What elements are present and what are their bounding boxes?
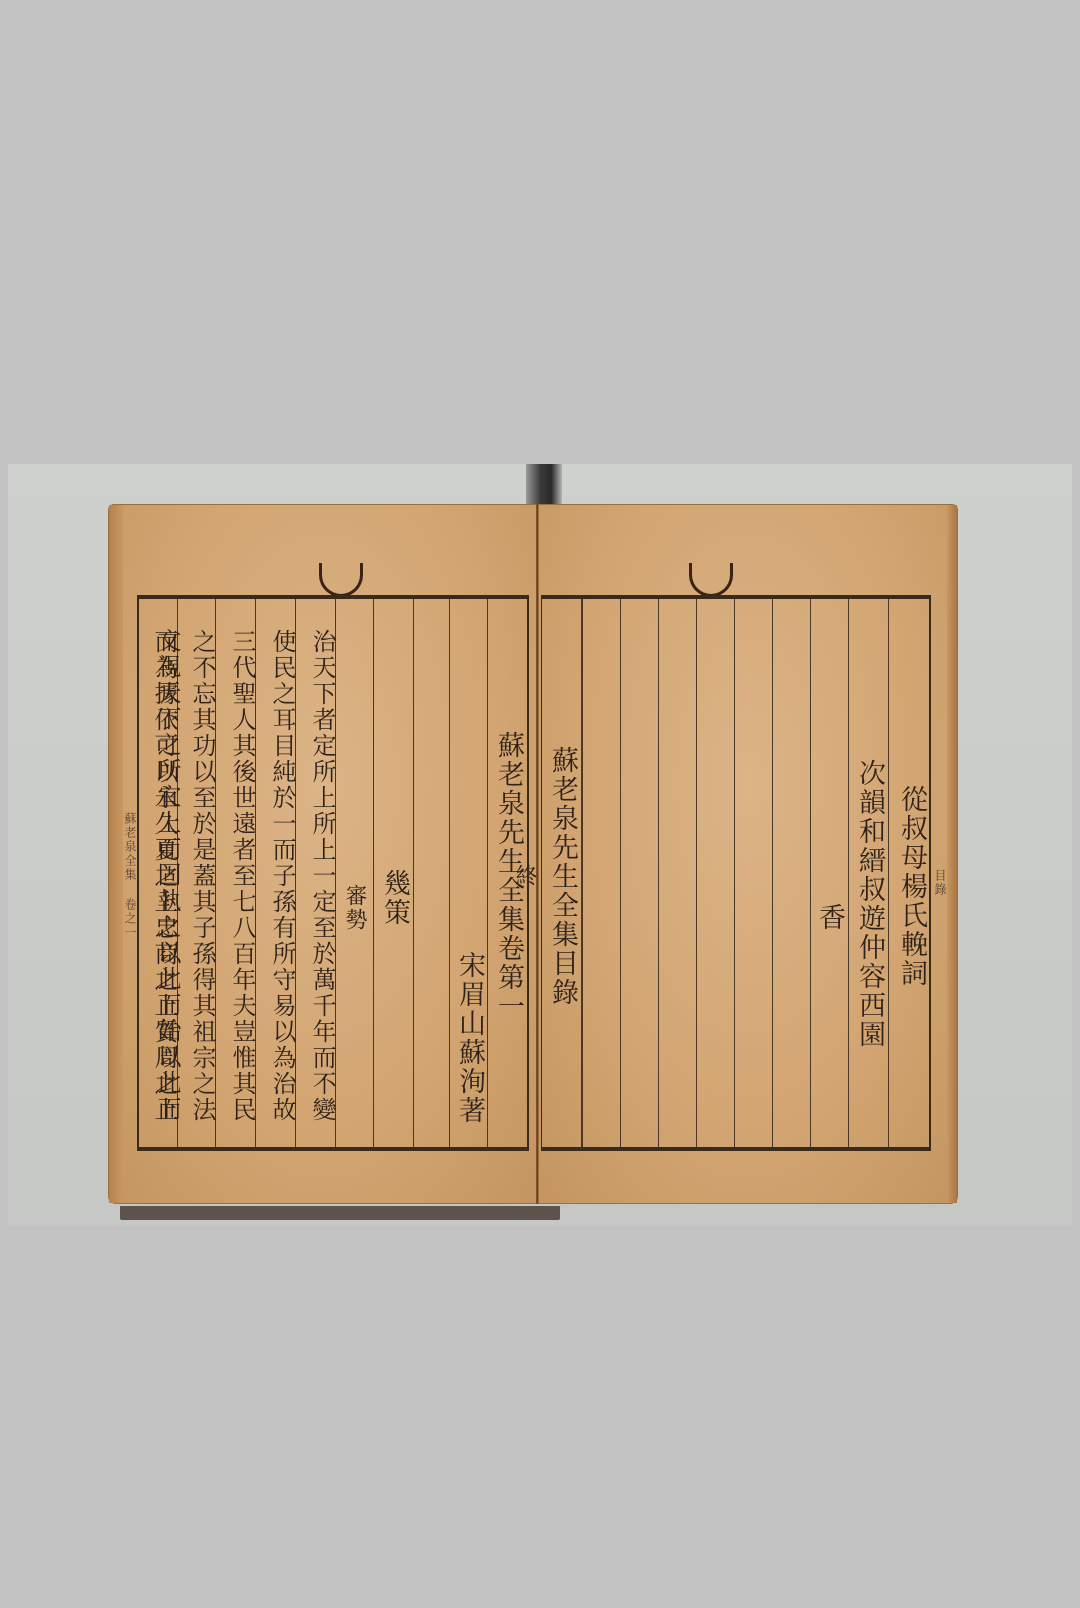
- blank-column: [696, 599, 734, 1147]
- blank-column: [413, 599, 449, 1147]
- table-of-contents-end-title: 蘇老泉先生全集目錄: [543, 746, 581, 1007]
- body-column-3: 三代聖人其後世遠者至七八百年夫豈惟其民: [215, 599, 255, 1147]
- right-page: 蘇老泉先生全集目錄 終 香 次韻和縉叔遊仲容西園 從叔母楊氏輓詞 目錄: [538, 504, 958, 1204]
- margin-label: 蘇老泉全集 卷之一: [121, 812, 139, 940]
- body-column-6: 文視天下之所宜上而固執之以此而始以此而: [140, 594, 180, 1150]
- section-title: 幾策: [375, 869, 413, 927]
- toc-column-3: 香: [810, 599, 848, 1147]
- body-column-2: 使民之耳目純於一而子孫有所守易以為治故: [255, 599, 295, 1147]
- left-page-text-frame: 蘇老泉先生全集卷第一 宋眉山蘇洵著 幾策 審勢 治天下者定所上所上一定至於萬千年…: [137, 595, 529, 1151]
- body-text-line: 三代聖人其後世遠者至七八百年夫豈惟其民: [228, 629, 255, 1123]
- margin-label-column: 目錄: [935, 595, 949, 1151]
- blank-column: [582, 599, 620, 1147]
- blank-column: [772, 599, 810, 1147]
- binding-thread-icon: [689, 563, 733, 597]
- author-line: 宋眉山蘇洵著: [450, 951, 488, 1125]
- toc-column-2: 次韻和縉叔遊仲容西園: [848, 599, 888, 1147]
- margin-label-column: 蘇老泉全集 卷之一: [125, 595, 139, 1151]
- toc-entry: 次韻和縉叔遊仲容西園: [850, 759, 888, 1049]
- book-shadow: [120, 1206, 560, 1220]
- body-column-1: 治天下者定所上所上一定至於萬千年而不變: [295, 599, 335, 1147]
- toc-entry: 香: [810, 903, 848, 932]
- binding-thread-icon: [319, 563, 363, 597]
- blank-column: [658, 599, 696, 1147]
- subsection-title: 審勢: [335, 884, 373, 932]
- blank-column: [620, 599, 658, 1147]
- book-photo: 蘇老泉先生全集卷第一 宋眉山蘇洵著 幾策 審勢 治天下者定所上所上一定至於萬千年…: [8, 464, 1072, 1226]
- toc-column-1: 從叔母楊氏輓詞: [888, 599, 930, 1147]
- end-mark: 終: [505, 864, 543, 888]
- body-text-line: 治天下者定所上所上一定至於萬千年而不變: [308, 629, 335, 1123]
- author-column: 宋眉山蘇洵著: [449, 599, 487, 1147]
- subsection-title-column: 審勢: [335, 599, 373, 1147]
- right-page-text-frame: 蘇老泉先生全集目錄 終 香 次韻和縉叔遊仲容西園 從叔母楊氏輓詞: [541, 595, 931, 1151]
- end-title-column: 蘇老泉先生全集目錄 終: [542, 599, 582, 1147]
- margin-label: 目錄: [931, 869, 949, 897]
- body-text-line: 文視天下之所宜上而固執之以此而始以此而: [153, 628, 180, 1122]
- body-text-line: 使民之耳目純於一而子孫有所守易以為治故: [268, 629, 295, 1123]
- toc-entry: 從叔母楊氏輓詞: [892, 785, 930, 988]
- body-column-4: 之不忘其功以至於是蓋其子孫得其祖宗之法: [177, 599, 215, 1147]
- body-text-line: 之不忘其功以至於是蓋其子孫得其祖宗之法: [188, 629, 215, 1123]
- blank-column: [734, 599, 772, 1147]
- section-title-column: 幾策: [373, 599, 413, 1147]
